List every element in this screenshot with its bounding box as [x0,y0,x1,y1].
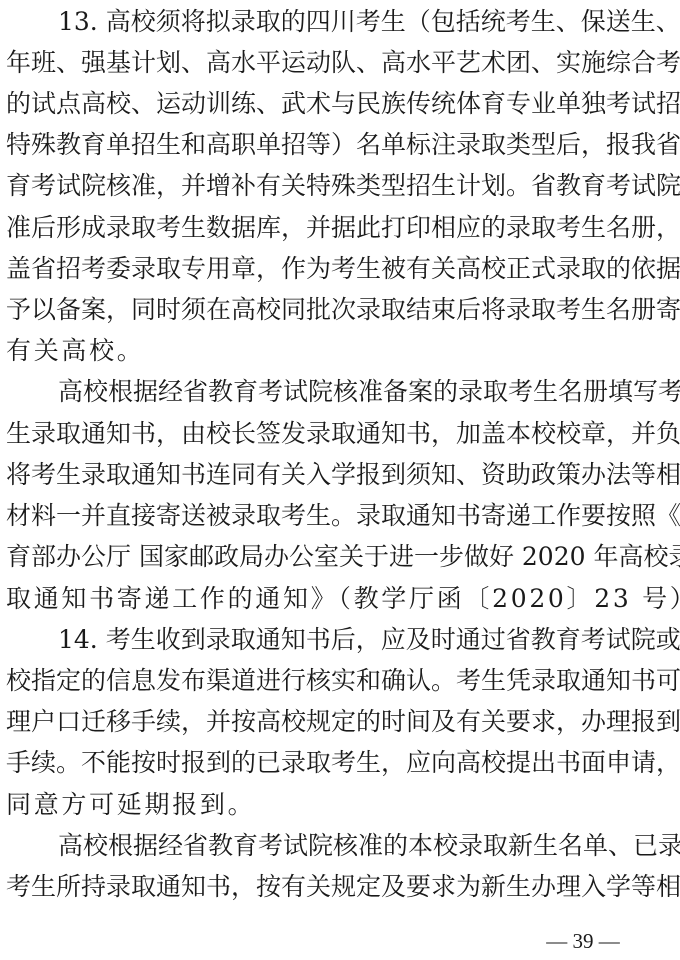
paragraph-13-line: 特殊教育单招生和高职单招等）名单标注录取类型后，报我省教 [6,129,644,161]
paragraph-13b-line: 育部办公厅 国家邮政局办公室关于进一步做好 2020 年高校录 [6,541,644,573]
paragraph-13-line: 的试点高校、运动训练、武术与民族传统体育专业单独考试招生、 [6,88,644,120]
paragraph-14-line: 14. 考生收到录取通知书后，应及时通过省教育考试院或高 [58,624,644,656]
paragraph-14b-line: 高校根据经省教育考试院核准的本校录取新生名单、已录取 [58,830,644,862]
paragraph-13b-line: 生录取通知书，由校长签发录取通知书，加盖本校校章，并负责 [6,418,644,450]
paragraph-13-line: 年班、强基计划、高水平运动队、高水平艺术团、实施综合考核 [6,47,644,79]
document-page: 13. 高校须将拟录取的四川考生（包括统考生、保送生、少 年班、强基计划、高水平… [0,0,680,960]
paragraph-13-line: 13. 高校须将拟录取的四川考生（包括统考生、保送生、少 [58,6,644,38]
paragraph-13b-line: 材料一并直接寄送被录取考生。录取通知书寄递工作要按照《教 [6,500,644,532]
paragraph-13-line: 准后形成录取考生数据库，并据此打印相应的录取考生名册，加 [6,212,644,244]
paragraph-14-line: 校指定的信息发布渠道进行核实和确认。考生凭录取通知书可办 [6,665,644,697]
paragraph-13b-line: 高校根据经省教育考试院核准备案的录取考生名册填写考 [58,376,644,408]
paragraph-13b-line: 取通知书寄递工作的通知》（教学厅函〔2020〕23 号）执行。 [6,583,644,615]
paragraph-13-line: 有关高校。 [6,335,644,367]
page-number: — 39 — [538,928,628,954]
paragraph-13-line: 育考试院核准，并增补有关特殊类型招生计划。省教育考试院核 [6,170,644,202]
paragraph-14b-line: 考生所持录取通知书，按有关规定及要求为新生办理入学等相关 [6,871,644,903]
paragraph-14-line: 同意方可延期报到。 [6,789,644,821]
paragraph-14-line: 理户口迁移手续，并按高校规定的时间及有关要求，办理报到等 [6,706,644,738]
paragraph-13-line: 盖省招考委录取专用章，作为考生被有关高校正式录取的依据， [6,253,644,285]
paragraph-13b-line: 将考生录取通知书连同有关入学报到须知、资助政策办法等相关 [6,459,644,491]
paragraph-13-line: 予以备案，同时须在高校同批次录取结束后将录取考生名册寄给 [6,294,644,326]
paragraph-14-line: 手续。不能按时报到的已录取考生，应向高校提出书面申请，经 [6,747,644,779]
